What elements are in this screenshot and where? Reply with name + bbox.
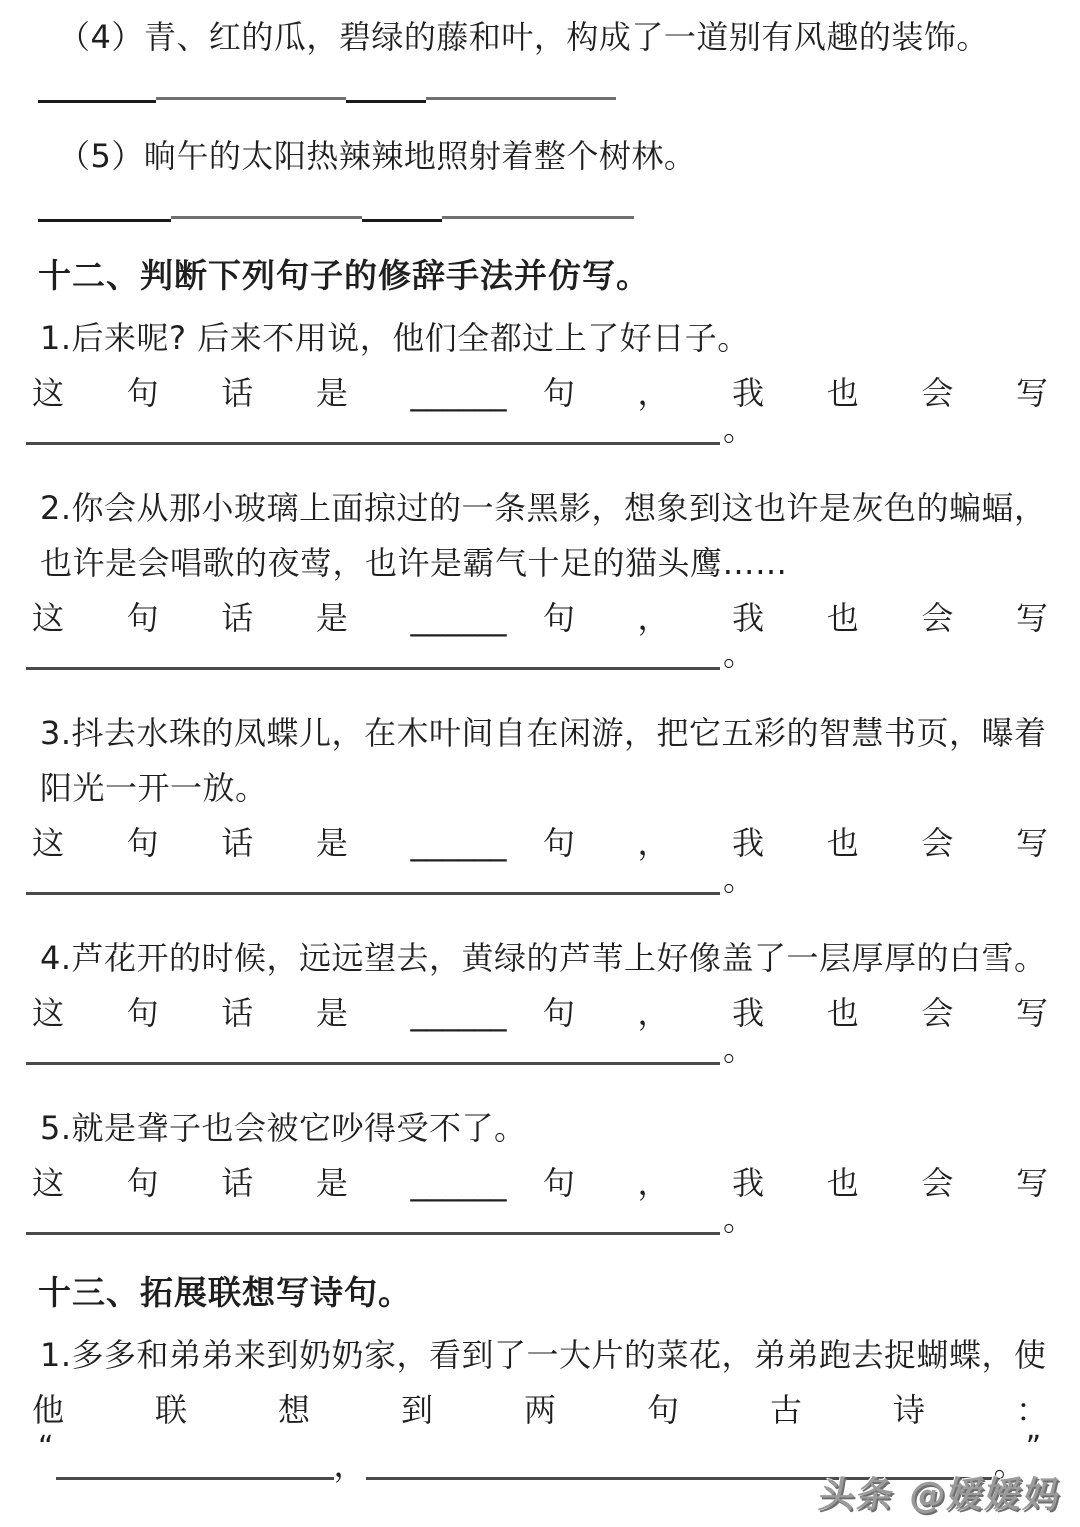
blank-line-segment [426, 97, 616, 100]
answer-row: 。 [26, 871, 1048, 895]
section-12-heading: 十二、判断下列句子的修辞手法并仿写。 [38, 248, 1048, 303]
blank-line-segment [362, 219, 442, 222]
worksheet-page: （4）青、红的瓜，碧绿的藤和叶，构成了一道别有风趣的装饰。 （5）晌午的太阳热辣… [0, 0, 1080, 1527]
answer-blank-line [26, 421, 720, 445]
comma: ， [334, 1450, 366, 1480]
answer-blank-line [38, 97, 1048, 103]
watermark: 头条 @嫒嫒妈 [816, 1468, 1066, 1523]
fill-sentence: 这 句 话 是 ______ 句 ， 我 也 会 写 [32, 816, 1048, 871]
item-5-text: （5）晌午的太阳热辣辣地照射着整个树林。 [58, 129, 1048, 184]
blank-line-segment [442, 216, 634, 219]
period: 。 [723, 638, 755, 670]
question-text: 4.芦花开的时候，远远望去，黄绿的芦苇上好像盖了一层厚厚的白雪。 [40, 931, 1048, 986]
blank-line-segment [171, 216, 362, 219]
question-text: 3.抖去水珠的凤蝶儿，在木叶间自在闲游，把它五彩的智慧书页，曝着 [40, 706, 1048, 761]
answer-row: 。 [26, 1041, 1048, 1065]
question-text: 1.多多和弟弟来到奶奶家，看到了一大片的菜花，弟弟跑去捉蝴蝶，使 [40, 1328, 1048, 1383]
answer-blank-line [26, 871, 720, 895]
fill-sentence: 这 句 话 是 ______ 句 ， 我 也 会 写 [32, 366, 1048, 421]
question-text: 也许是会唱歌的夜莺，也许是霸气十足的猫头鹰…… [40, 536, 1048, 591]
close-quote: ” [1026, 1438, 1042, 1458]
answer-blank-line [56, 1477, 334, 1480]
blank-line-segment [38, 219, 171, 222]
fill-sentence: 这 句 话 是 ______ 句 ， 我 也 会 写 [32, 986, 1048, 1041]
item-4-text: （4）青、红的瓜，碧绿的藤和叶，构成了一道别有风趣的装饰。 [58, 10, 1048, 65]
blank-line-segment [156, 97, 346, 100]
answer-row: 。 [26, 421, 1048, 445]
fill-sentence: 他 联 想 到 两 句 古 诗 ： [32, 1383, 1048, 1438]
open-quote: “ [38, 1438, 54, 1458]
fill-sentence: 这 句 话 是 ______ 句 ， 我 也 会 写 [32, 1156, 1048, 1211]
period: 。 [723, 1033, 755, 1065]
answer-blank-line [26, 1041, 720, 1065]
fill-sentence: 这 句 话 是 ______ 句 ， 我 也 会 写 [32, 591, 1048, 646]
answer-row: 。 [26, 646, 1048, 670]
period: 。 [723, 413, 755, 445]
blank-line-segment [38, 100, 156, 103]
question-text: 阳光一开一放。 [40, 761, 1048, 816]
section-13-heading: 十三、拓展联想写诗句。 [38, 1265, 1048, 1320]
period: 。 [723, 1203, 755, 1235]
answer-blank-line [38, 216, 1048, 222]
question-text: 2.你会从那小玻璃上面掠过的一条黑影，想象到这也许是灰色的蝙蝠， [40, 481, 1048, 536]
answer-blank-line [26, 1211, 720, 1235]
question-text: 5.就是聋子也会被它吵得受不了。 [40, 1101, 1048, 1156]
period: 。 [723, 863, 755, 895]
question-text: 1.后来呢? 后来不用说，他们全都过上了好日子。 [40, 311, 1048, 366]
blank-line-segment [346, 100, 426, 103]
answer-row: 。 [26, 1211, 1048, 1235]
answer-blank-line [26, 646, 720, 670]
